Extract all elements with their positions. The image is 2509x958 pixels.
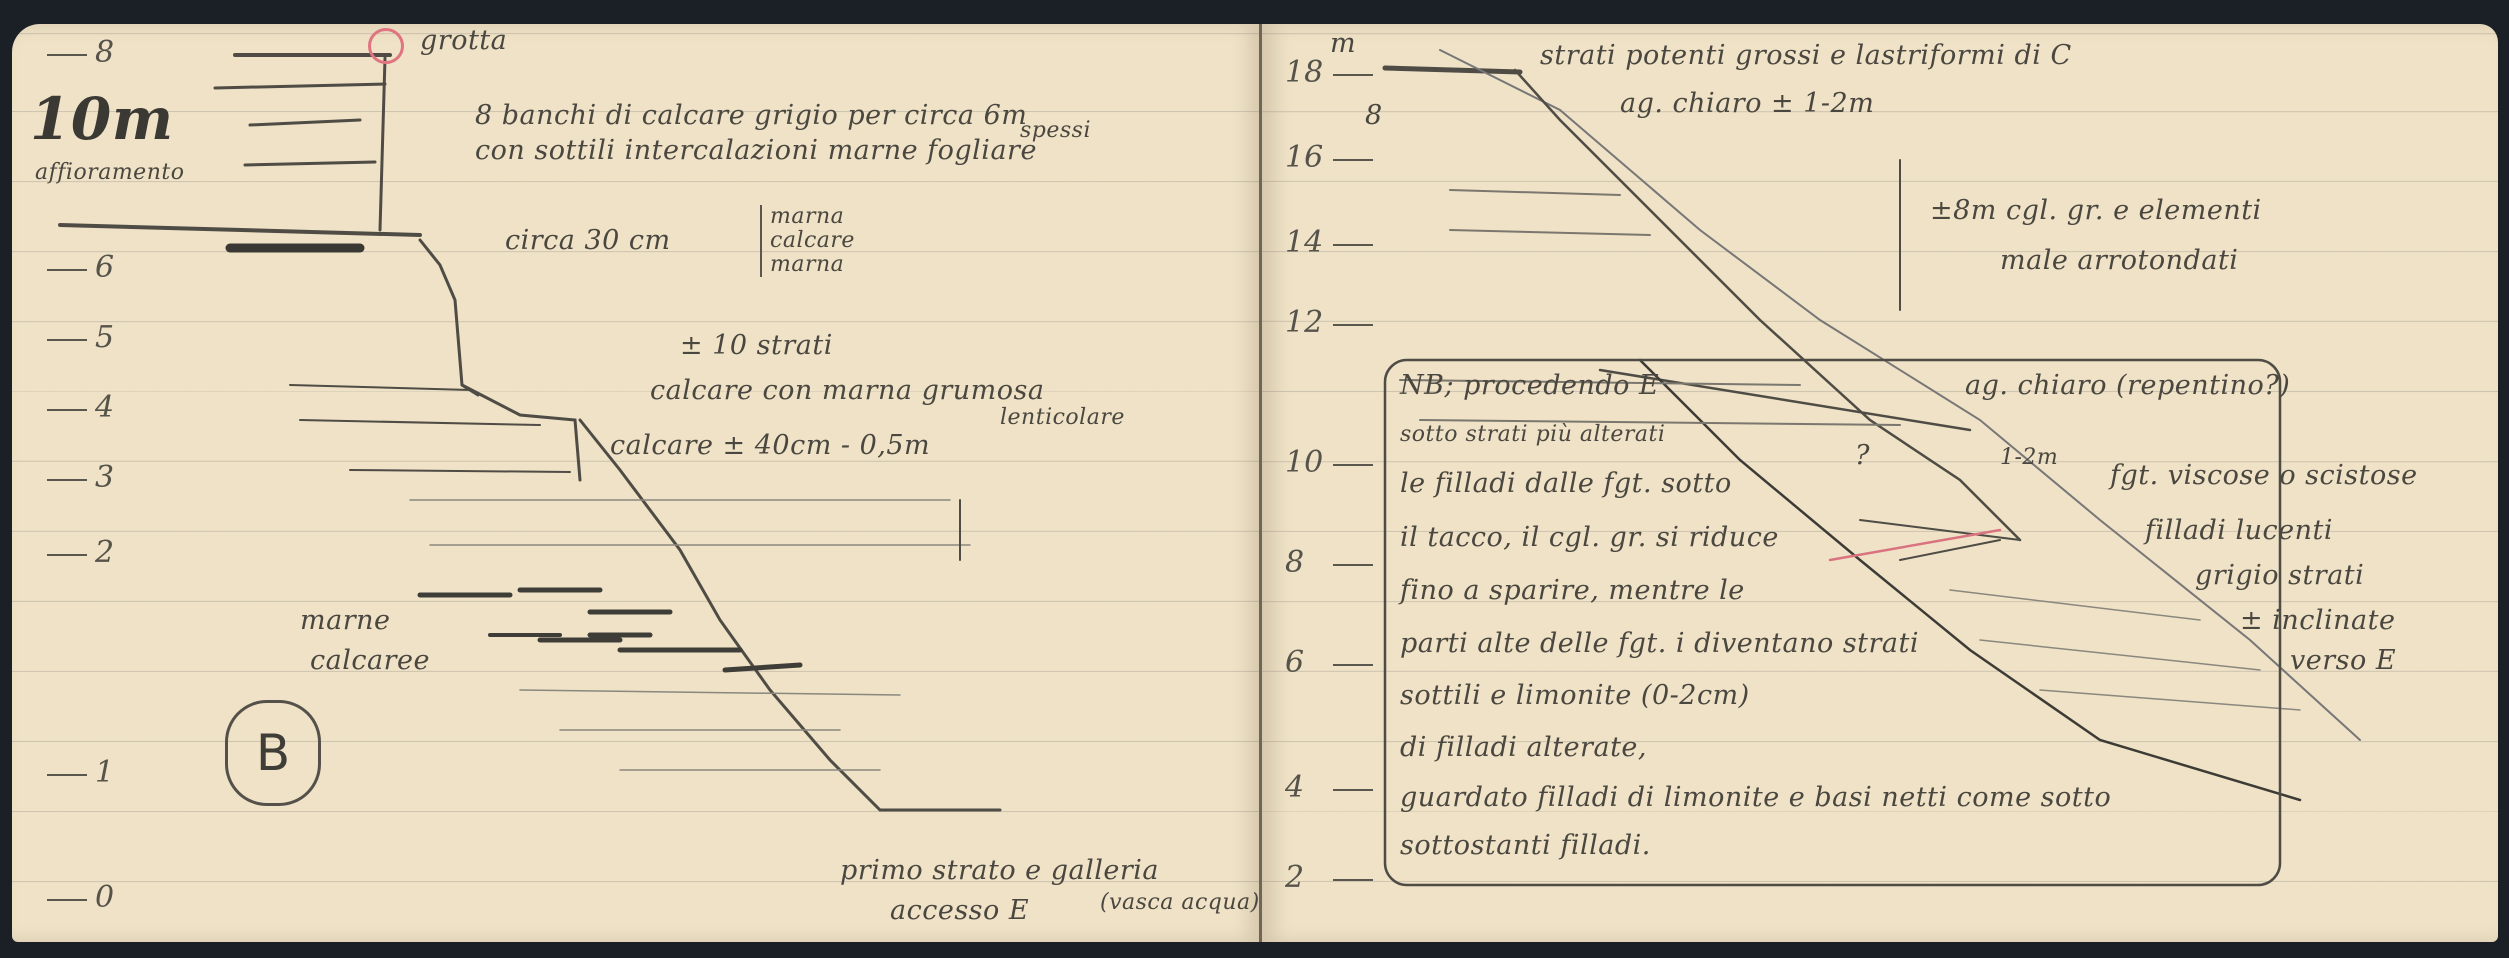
annotation-calcaree: calcaree (310, 645, 430, 676)
boxed-note: NB; procedendo E sotto strati più altera… (1380, 360, 2280, 885)
annotation-mid-2: male arrotondati (2000, 245, 2238, 276)
annotation-plus-minus: ± 10 strati (680, 330, 833, 361)
note-line: NB; procedendo E (1400, 370, 1659, 401)
annotation-bottom-paren: (vasca acqua) (1100, 890, 1260, 915)
annotation-beds-1: 8 banchi di calcare grigio per circa 6m (475, 100, 1027, 131)
note-line: guardato filladi di limonite e basi nett… (1400, 782, 2111, 813)
section-label-b: B (225, 700, 321, 806)
unit-label: m (1330, 28, 1356, 59)
red-marker-circle (368, 28, 404, 64)
annotation-bottom-2: accesso E (890, 895, 1029, 926)
note-line: sottostanti filladi. (1400, 830, 1651, 861)
annotation-top-1: strati potenti grossi e lastriformi di C (1540, 40, 2072, 71)
annotation-beds-2: con sottili intercalazioni marne fogliar… (475, 135, 1037, 166)
annotation-marne: marne (300, 605, 390, 636)
annotation-calcare-thickness: calcare ± 40cm - 0,5m (610, 430, 930, 461)
note-line: il tacco, il cgl. gr. si riduce (1400, 522, 1779, 553)
annotation-calcare-line: calcare con marna grumosa (650, 375, 1044, 406)
note-line: fino a sparire, mentre le (1400, 575, 1745, 606)
sublabel-8: 8 (1365, 100, 1383, 131)
annotation-circa: circa 30 cm (505, 225, 671, 256)
note-line: di filladi alterate, (1400, 732, 1647, 763)
note-line: sottili e limonite (0-2cm) (1400, 680, 1750, 711)
annotation-top: grotta (420, 25, 507, 56)
thickness-note: affioramento (35, 160, 184, 185)
thickness-label: 10m (30, 85, 174, 153)
note-line: sotto strati più alterati (1400, 422, 1665, 447)
annotation-bottom-1: primo strato e galleria (840, 855, 1159, 886)
note-line: le filladi dalle fgt. sotto (1400, 468, 1732, 499)
annotation-calcare-suffix: lenticolare (1000, 405, 1125, 430)
note-line: parti alte delle fgt. i diventano strati (1400, 628, 1919, 659)
annotation-top-2: ag. chiaro ± 1-2m (1620, 88, 1874, 119)
annotation-mid-1: ±8m cgl. gr. e elementi (1930, 195, 2262, 226)
annotation-right-5: verso E (2290, 645, 2396, 676)
circa-list: marna calcare marna (760, 205, 855, 277)
